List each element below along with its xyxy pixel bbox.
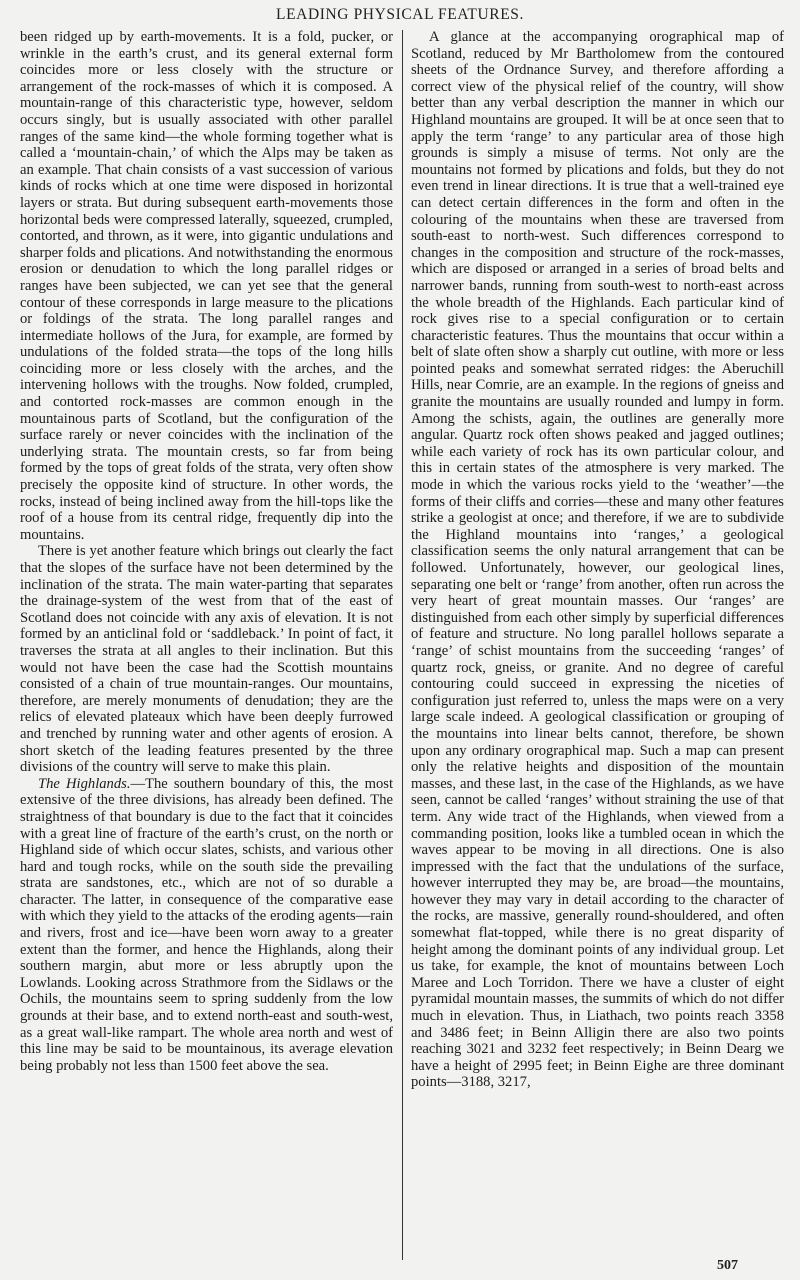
paragraph-orographical-map: A glance at the accompanying orographica… [411,29,784,1091]
column-divider [402,30,403,1260]
section-heading-highlands: The Highlands. [38,776,130,792]
paragraph-water-parting: There is yet another feature which bring… [20,543,393,775]
page-number: 507 [717,1258,738,1274]
left-column: been ridged up by earth-movements. It is… [20,29,393,1074]
highlands-text: —The southern boundary of this, the most… [20,776,393,1074]
running-head: LEADING PHYSICAL FEATURES. [0,6,800,24]
paragraph-continuation: been ridged up by earth-movements. It is… [20,29,393,543]
right-column: A glance at the accompanying orographica… [411,29,784,1091]
paragraph-highlands: The Highlands.—The southern boundary of … [20,776,393,1075]
